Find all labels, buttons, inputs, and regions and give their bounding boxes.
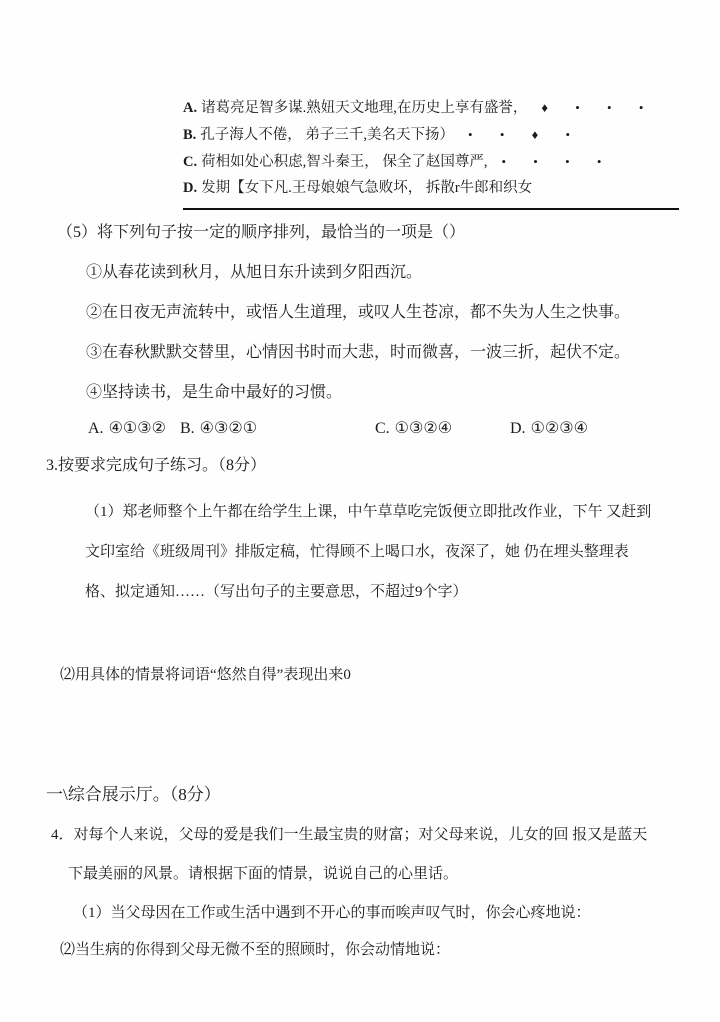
choice-d: D.①②③④ <box>510 418 588 438</box>
choice-c: C.①③②④ <box>375 418 452 438</box>
question5-choices: A.④①③② B.④③②① C.①③②④ D.①②③④ <box>0 418 720 442</box>
worksheet-page: A.诸葛亮足智多谋.熟妞天文地理,在历史上享有盛誉，♦ • • • B.孔子海人… <box>0 0 720 1022</box>
option-label-d: D. <box>183 180 197 196</box>
option-text-c: 荷相如处心积虑,智斗秦王， 保全了赵国尊严, <box>201 154 487 170</box>
choice-a-label: A. <box>88 420 104 437</box>
question4-sub2: ⑵当生病的你得到父母无微不至的照顾时，你会动情地说： <box>60 938 450 959</box>
option-label-a: A. <box>183 100 197 116</box>
question4-line2: 下最美丽的风景。请根据下面的情景，说说自己的心里话。 <box>68 862 458 883</box>
choice-a: A.④①③② <box>88 418 166 438</box>
choice-b-value: ④③②① <box>200 420 257 437</box>
choice-b-label: B. <box>180 420 195 437</box>
question3-part1-line2: 文印室给《班级周刊》排版定稿，忙得顾不上喝口水，夜深了，她 仍在埋头整理表 <box>85 540 629 561</box>
choice-d-label: D. <box>510 420 526 437</box>
question4-sub1: （1）当父母因在工作或生活中遇到不开心的事而唉声叹气时，你会心疼地说： <box>73 901 591 922</box>
question5-sentence-4: ④坚持读书，是生命中最好的习惯。 <box>86 379 342 402</box>
question3-part1-line3: 格、拟定通知……（写出句子的主要意思，不超过9个字） <box>85 580 468 601</box>
choice-c-value: ①③②④ <box>395 420 452 437</box>
question5-sentence-1: ①从春花读到秋月，从旭日东升读到夕阳西沉。 <box>86 259 422 282</box>
option-row-d: D.发期【女下凡.王母娘娘气急败坏， 拆散r牛郎和织女 <box>183 175 679 202</box>
option-label-c: C. <box>183 154 197 170</box>
question5-sentence-3: ③在春秋默默交替里，心情因书时而大悲，时而微喜，一波三折，起伏不定。 <box>86 339 630 362</box>
question3-title: 3.按要求完成句子练习。（8分） <box>46 452 266 475</box>
option-text-d: 发期【女下凡.王母娘娘气急败坏， 拆散r牛郎和织女 <box>201 180 532 196</box>
idiom-options-box: A.诸葛亮足智多谋.熟妞天文地理,在历史上享有盛誉，♦ • • • B.孔子海人… <box>183 94 679 210</box>
choice-d-value: ①②③④ <box>531 420 588 437</box>
question3-part2: ⑵用具体的情景将词语“悠然自得”表现出来0 <box>60 663 351 684</box>
choice-c-label: C. <box>375 420 390 437</box>
option-text-a: 诸葛亮足智多谋.熟妞天文地理,在历史上享有盛誉， <box>201 100 527 116</box>
option-row-c: C.荷相如处心积虑,智斗秦王， 保全了赵国尊严,• • • • <box>183 148 679 175</box>
option-text-b: 孔子海人不倦， 弟子三千,美名天下扬） <box>200 127 454 143</box>
section-header-title: 一\综合展示厅。（8分） <box>46 780 221 805</box>
question3-part1-line1: （1）郑老师整个上午都在给学生上课，中午草草吃完饭便立即批改作业，下午 又赶到 <box>85 500 651 521</box>
option-row-a: A.诸葛亮足智多谋.熟妞天文地理,在历史上享有盛誉，♦ • • • <box>183 94 679 121</box>
option-label-b: B. <box>183 127 196 143</box>
emphasis-dots-c: • • • • <box>501 154 613 169</box>
question5-prompt: （5）将下列句子按一定的顺序排列，最恰当的一项是（） <box>57 219 465 242</box>
option-row-b: B.孔子海人不倦， 弟子三千,美名天下扬）• • ♦ • <box>183 121 679 148</box>
question5-sentence-2: ②在日夜无声流转中，或悟人生道理，或叹人生苍凉，都不失为人生之快事。 <box>86 299 630 322</box>
emphasis-dots-b: • • ♦ • <box>468 127 582 142</box>
emphasis-dots-a: ♦ • • • <box>541 100 655 115</box>
question4-line1: 4．对每个人来说，父母的爱是我们一生最宝贵的财富；对父母来说，儿女的回 报又是蓝… <box>51 823 647 844</box>
choice-a-value: ④①③② <box>109 420 166 437</box>
choice-b: B.④③②① <box>180 418 257 438</box>
